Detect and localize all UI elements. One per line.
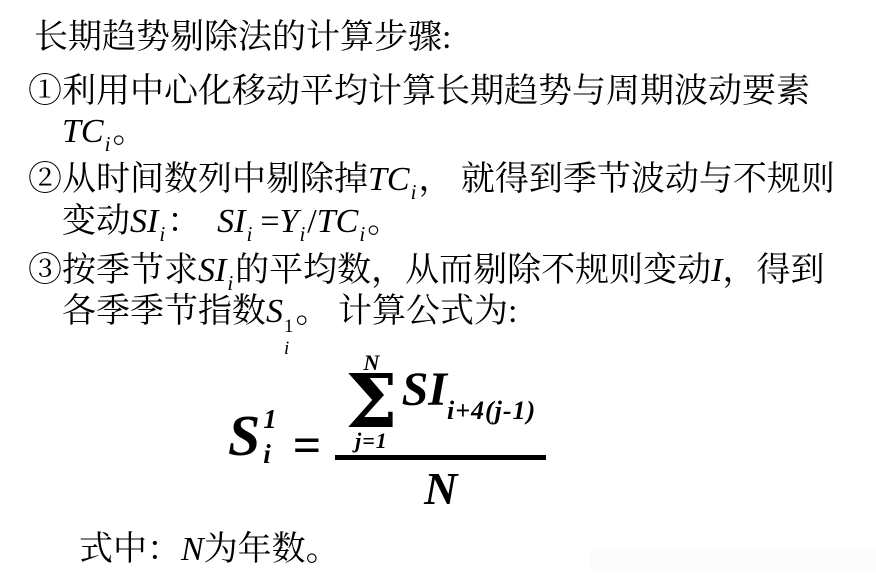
- var-S: S: [228, 404, 260, 512]
- step-3-text-c: ，得到: [723, 252, 825, 289]
- var-S: S: [266, 293, 283, 330]
- step-2-line-2: 变动SIi：SIi=Yi/TCi。: [62, 202, 401, 242]
- formula-lhs: S1i: [228, 404, 277, 512]
- cjk-period: 。: [112, 113, 146, 150]
- var-SI-subscript: i+4(j-1): [447, 398, 536, 424]
- var-SI: SI: [402, 366, 447, 414]
- step-3-text-a: ③按季节求: [28, 252, 198, 289]
- note-prefix: 式中：: [79, 531, 181, 568]
- var-S-superscript: 1: [263, 406, 277, 433]
- step-2-line-1: ②从时间数列中剔除掉TCi， 就得到季节波动与不规则: [28, 160, 835, 200]
- var-SI: SI: [198, 252, 226, 289]
- var-S-subscript: i: [263, 441, 277, 468]
- var-SI-subscript: i: [159, 222, 165, 246]
- cjk-period: 。: [367, 203, 401, 240]
- formula-fraction: N Σ j=1 SI i+4(j-1) N: [335, 352, 546, 512]
- slide-title: 长期趋势剔除法的计算步骤:: [34, 18, 451, 58]
- step-2-text-a: ②从时间数列中剔除掉: [28, 161, 368, 198]
- var-TC: TC: [62, 113, 104, 150]
- summation-block: N Σ j=1: [345, 352, 397, 452]
- var-S-supsub: 1i: [263, 406, 277, 512]
- equals-sign: =: [293, 420, 320, 512]
- step-3-line-2: 各季季节指数S1i。 计算公式为:: [62, 292, 517, 358]
- var-I: I: [711, 252, 722, 289]
- seasonal-index-formula: S1i = N Σ j=1 SI i+4(j-1) N: [228, 352, 546, 512]
- step-3-text-e: 。 计算公式为:: [296, 293, 518, 330]
- var-N: N: [181, 531, 204, 568]
- var-S-superscript: 1: [284, 317, 294, 336]
- step-1-line-1: ①利用中心化移动平均计算长期趋势与周期波动要素: [28, 72, 810, 112]
- step-2-text-b: ， 就得到季节波动与不规则: [418, 161, 835, 198]
- note-suffix: 为年数。: [204, 531, 340, 568]
- formula-note: 式中：N为年数。: [79, 530, 340, 570]
- var-SI: SI: [217, 203, 245, 240]
- step-2-text-c: 变动: [62, 203, 130, 240]
- step-3-text-b: 的平均数，从而剔除不规则变动: [235, 252, 711, 289]
- cjk-colon: ：: [167, 203, 201, 240]
- step-1-line-2: TCi。: [62, 112, 146, 152]
- divide-slash: /: [307, 203, 316, 240]
- var-TC-subscript: i: [105, 132, 111, 156]
- fraction-numerator: N Σ j=1 SI i+4(j-1): [335, 352, 546, 455]
- var-TC-subscript: i: [411, 180, 417, 204]
- step-3-line-1: ③按季节求SIi的平均数，从而剔除不规则变动I，得到: [28, 251, 825, 291]
- var-Y: Y: [280, 203, 299, 240]
- var-TC: TC: [368, 161, 410, 198]
- equals-sign: =: [260, 203, 279, 240]
- var-SI: SI: [130, 203, 158, 240]
- summation-symbol: Σ: [345, 374, 397, 430]
- var-TC-subscript: i: [359, 222, 365, 246]
- faint-watermark-bar: [590, 548, 876, 570]
- step-3-text-d: 各季季节指数: [62, 293, 266, 330]
- summation-lower-limit: j=1: [355, 430, 388, 452]
- var-TC: TC: [317, 203, 359, 240]
- fraction-denominator: N: [335, 455, 546, 512]
- var-SI-subscript: i: [247, 222, 253, 246]
- var-Y-subscript: i: [299, 222, 305, 246]
